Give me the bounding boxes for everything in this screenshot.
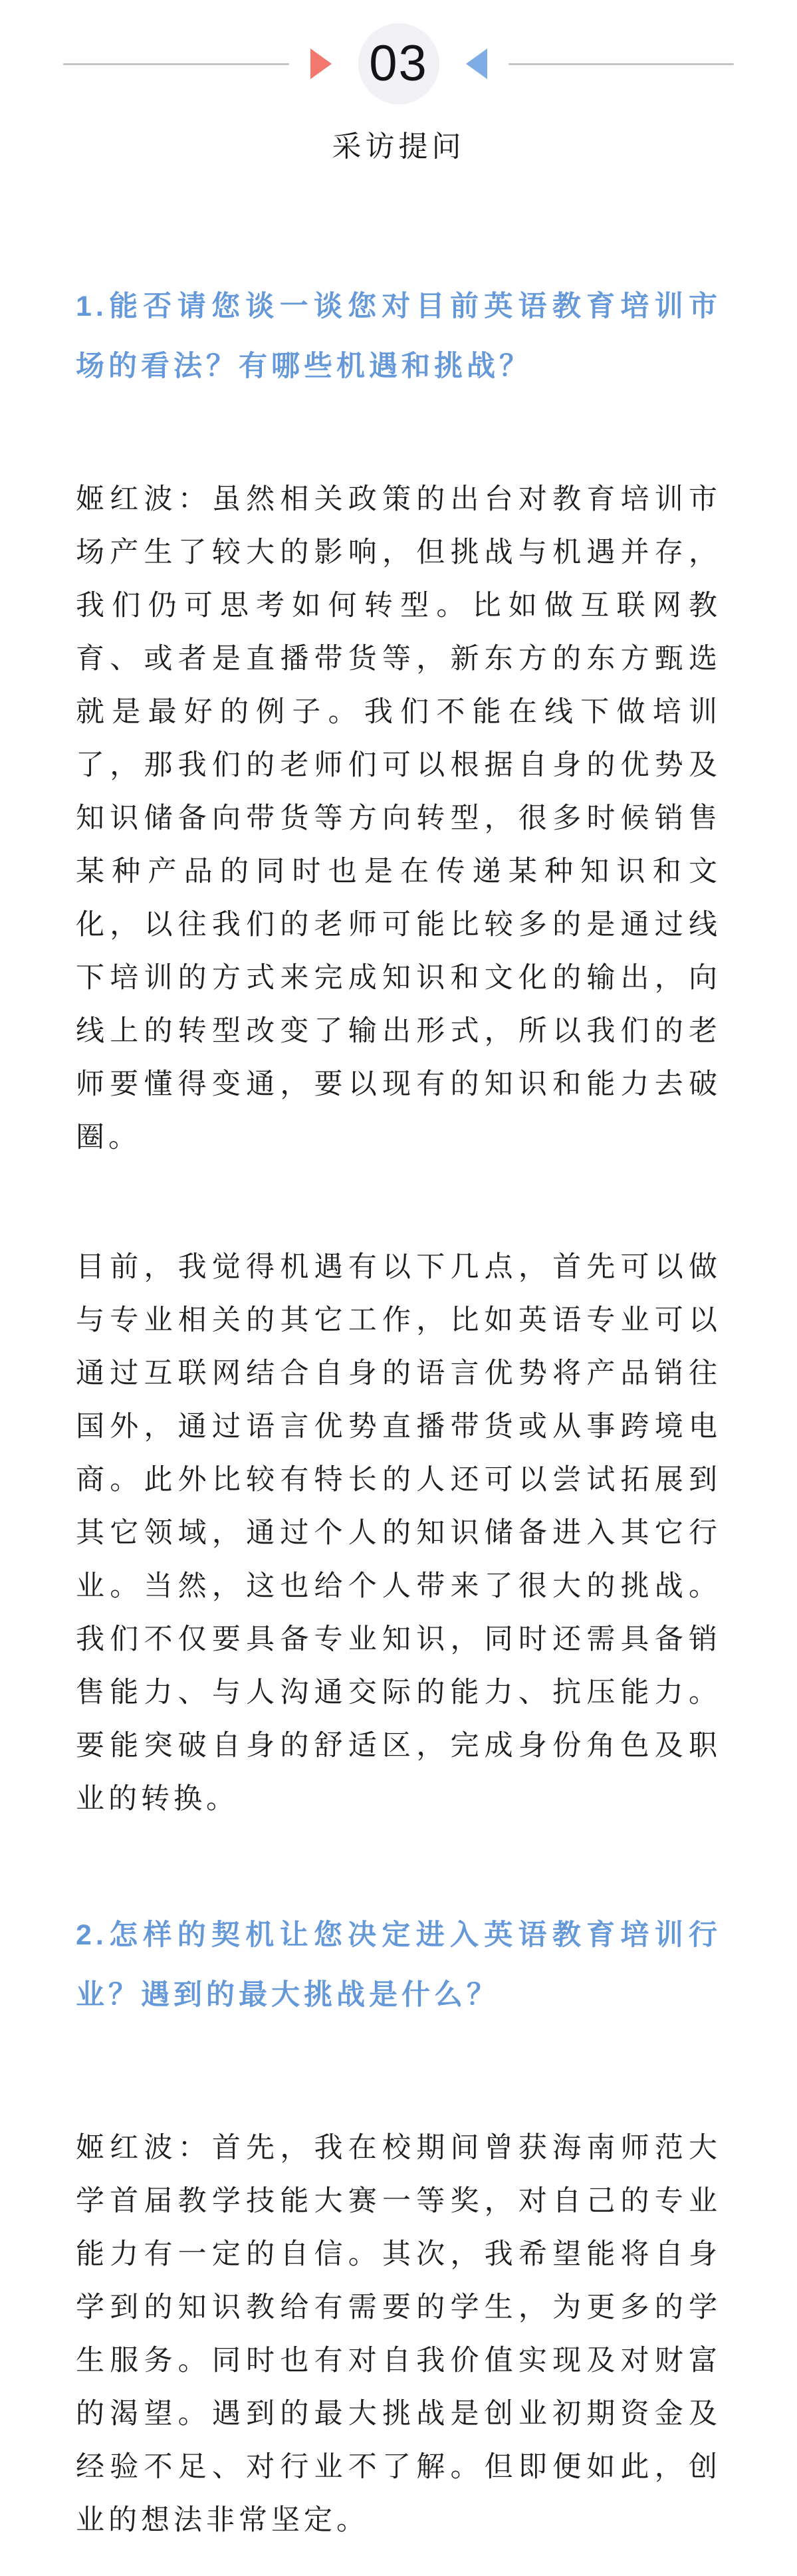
answer-2-paragraph-1: 姬红波：首先，我在校期间曾获海南师范大学首届教学技能大赛一等奖，对自己的专业能力… [76, 2121, 721, 2547]
question-2: 2.怎样的契机让您决定进入英语教育培训行业？遇到的最大挑战是什么？ [76, 1905, 721, 2025]
blue-left-triangle-icon [466, 49, 487, 79]
article-page: 03 采访提问 1.能否请您谈一谈您对目前英语教育培训市场的看法？有哪些机遇和挑… [0, 0, 797, 2576]
question-1: 1.能否请您谈一谈您对目前英语教育培训市场的看法？有哪些机遇和挑战？ [76, 277, 721, 396]
answer-1-paragraph-2: 目前，我觉得机遇有以下几点，首先可以做与专业相关的其它工作，比如英语专业可以通过… [76, 1240, 721, 1825]
red-right-triangle-icon [310, 49, 332, 79]
section-number-badge: 03 [358, 23, 439, 104]
section-title: 采访提问 [0, 126, 797, 168]
section-number: 03 [369, 39, 428, 89]
article-content: 1.能否请您谈一谈您对目前英语教育培训市场的看法？有哪些机遇和挑战？ 姬红波：虽… [0, 277, 797, 2547]
divider-line-left [63, 63, 289, 65]
section-header: 03 [63, 23, 734, 104]
answer-1-paragraph-1: 姬红波：虽然相关政策的出台对教育培训市场产生了较大的影响，但挑战与机遇并存，我们… [76, 473, 721, 1164]
divider-line-right [509, 63, 735, 65]
